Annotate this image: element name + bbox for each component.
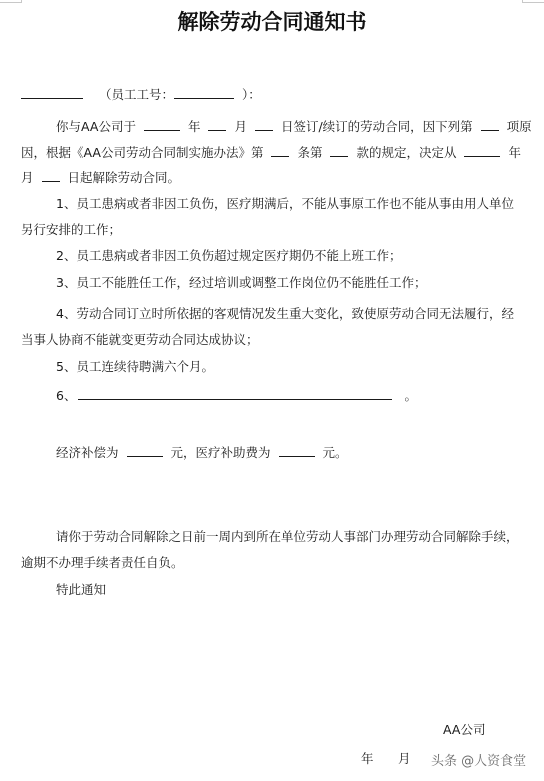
- employee-name-blank[interactable]: [21, 86, 83, 99]
- year-label: 年: [188, 119, 201, 134]
- intro-line-1: 你与AA公司于 年 月 日签订/续订的劳动合同，因下列第 项原: [56, 118, 532, 135]
- reason-4-line-2: 当事人协商不能就变更劳动合同达成协议；: [21, 332, 259, 348]
- month-label: 月: [21, 170, 34, 185]
- sign-month-blank[interactable]: [208, 118, 226, 131]
- intro-text: 项原: [507, 119, 532, 134]
- signature-year-label: 年: [361, 751, 374, 767]
- addressee-suffix: ）：: [242, 87, 261, 102]
- intro-text: 日起解除劳动合同。: [68, 170, 181, 185]
- article-blank[interactable]: [271, 144, 289, 157]
- intro-text: 款的规定，决定从: [356, 145, 456, 160]
- instruction-line-2: 逾期不办理手续者责任自负。: [21, 555, 184, 571]
- intro-text: 你与AA公司于: [56, 119, 136, 134]
- intro-line-3: 月 日起解除劳动合同。: [21, 169, 180, 186]
- intro-text: 条第: [297, 145, 322, 160]
- page-corner-mark-left: [0, 0, 22, 3]
- intro-text: 日签订/续订的劳动合同，因下列第: [281, 119, 473, 134]
- signature-month-label: 月: [398, 751, 411, 767]
- year-label: 年: [508, 145, 521, 160]
- termination-day-blank[interactable]: [42, 169, 60, 182]
- reason-3: 3、员工不能胜任工作，经过培训或调整工作岗位仍不能胜任工作；: [56, 275, 426, 291]
- intro-line-2: 因，根据《AA公司劳动合同制实施办法》第 条第 款的规定，决定从 年: [21, 144, 521, 161]
- employee-id-blank[interactable]: [174, 86, 234, 99]
- watermark: 头条 @人资食堂: [431, 750, 526, 769]
- economic-compensation-label: 经济补偿为: [56, 445, 119, 460]
- termination-year-blank[interactable]: [464, 144, 500, 157]
- reason-1-line-2: 另行安排的工作；: [21, 222, 121, 238]
- closing-text: 特此通知: [56, 582, 106, 598]
- other-reason-blank[interactable]: [78, 387, 392, 400]
- reason-2: 2、员工患病或者非因工负伤超过规定医疗期仍不能上班工作；: [56, 248, 401, 264]
- sign-day-blank[interactable]: [255, 118, 273, 131]
- clause-blank[interactable]: [330, 144, 348, 157]
- compensation-line: 经济补偿为 元，医疗补助费为 元。: [56, 444, 348, 461]
- intro-text: 因，根据《AA公司劳动合同制实施办法》第: [21, 145, 263, 160]
- addressee-line: （员工工号：）：: [21, 86, 261, 103]
- medical-subsidy-label: 元，医疗补助费为: [171, 445, 271, 460]
- medical-subsidy-blank[interactable]: [279, 444, 315, 457]
- employee-id-label: （员工工号：: [99, 87, 174, 102]
- document-title: 解除劳动合同通知书: [0, 6, 544, 36]
- economic-compensation-blank[interactable]: [127, 444, 163, 457]
- reason-5: 5、员工连续待聘满六个月。: [56, 359, 214, 375]
- reason-6-suffix: 。: [404, 388, 417, 403]
- currency-suffix: 元。: [323, 445, 348, 460]
- reason-6-prefix: 6、: [56, 388, 76, 403]
- reason-1-line-1: 1、员工患病或者非因工负伤，医疗期满后，不能从事原工作也不能从事由用人单位: [56, 196, 514, 212]
- month-label: 月: [234, 119, 247, 134]
- reason-4-line-1: 4、劳动合同订立时所依据的客观情况发生重大变化，致使原劳动合同无法履行，经: [56, 306, 514, 322]
- sign-year-blank[interactable]: [144, 118, 180, 131]
- page-corner-mark-right: [522, 0, 544, 3]
- signature-company: AA公司: [443, 722, 485, 738]
- instruction-line-1: 请你于劳动合同解除之日前一周内到所在单位劳动人事部门办理劳动合同解除手续，: [56, 529, 519, 545]
- reason-6: 6、 。: [56, 387, 417, 404]
- reason-item-blank[interactable]: [481, 118, 499, 131]
